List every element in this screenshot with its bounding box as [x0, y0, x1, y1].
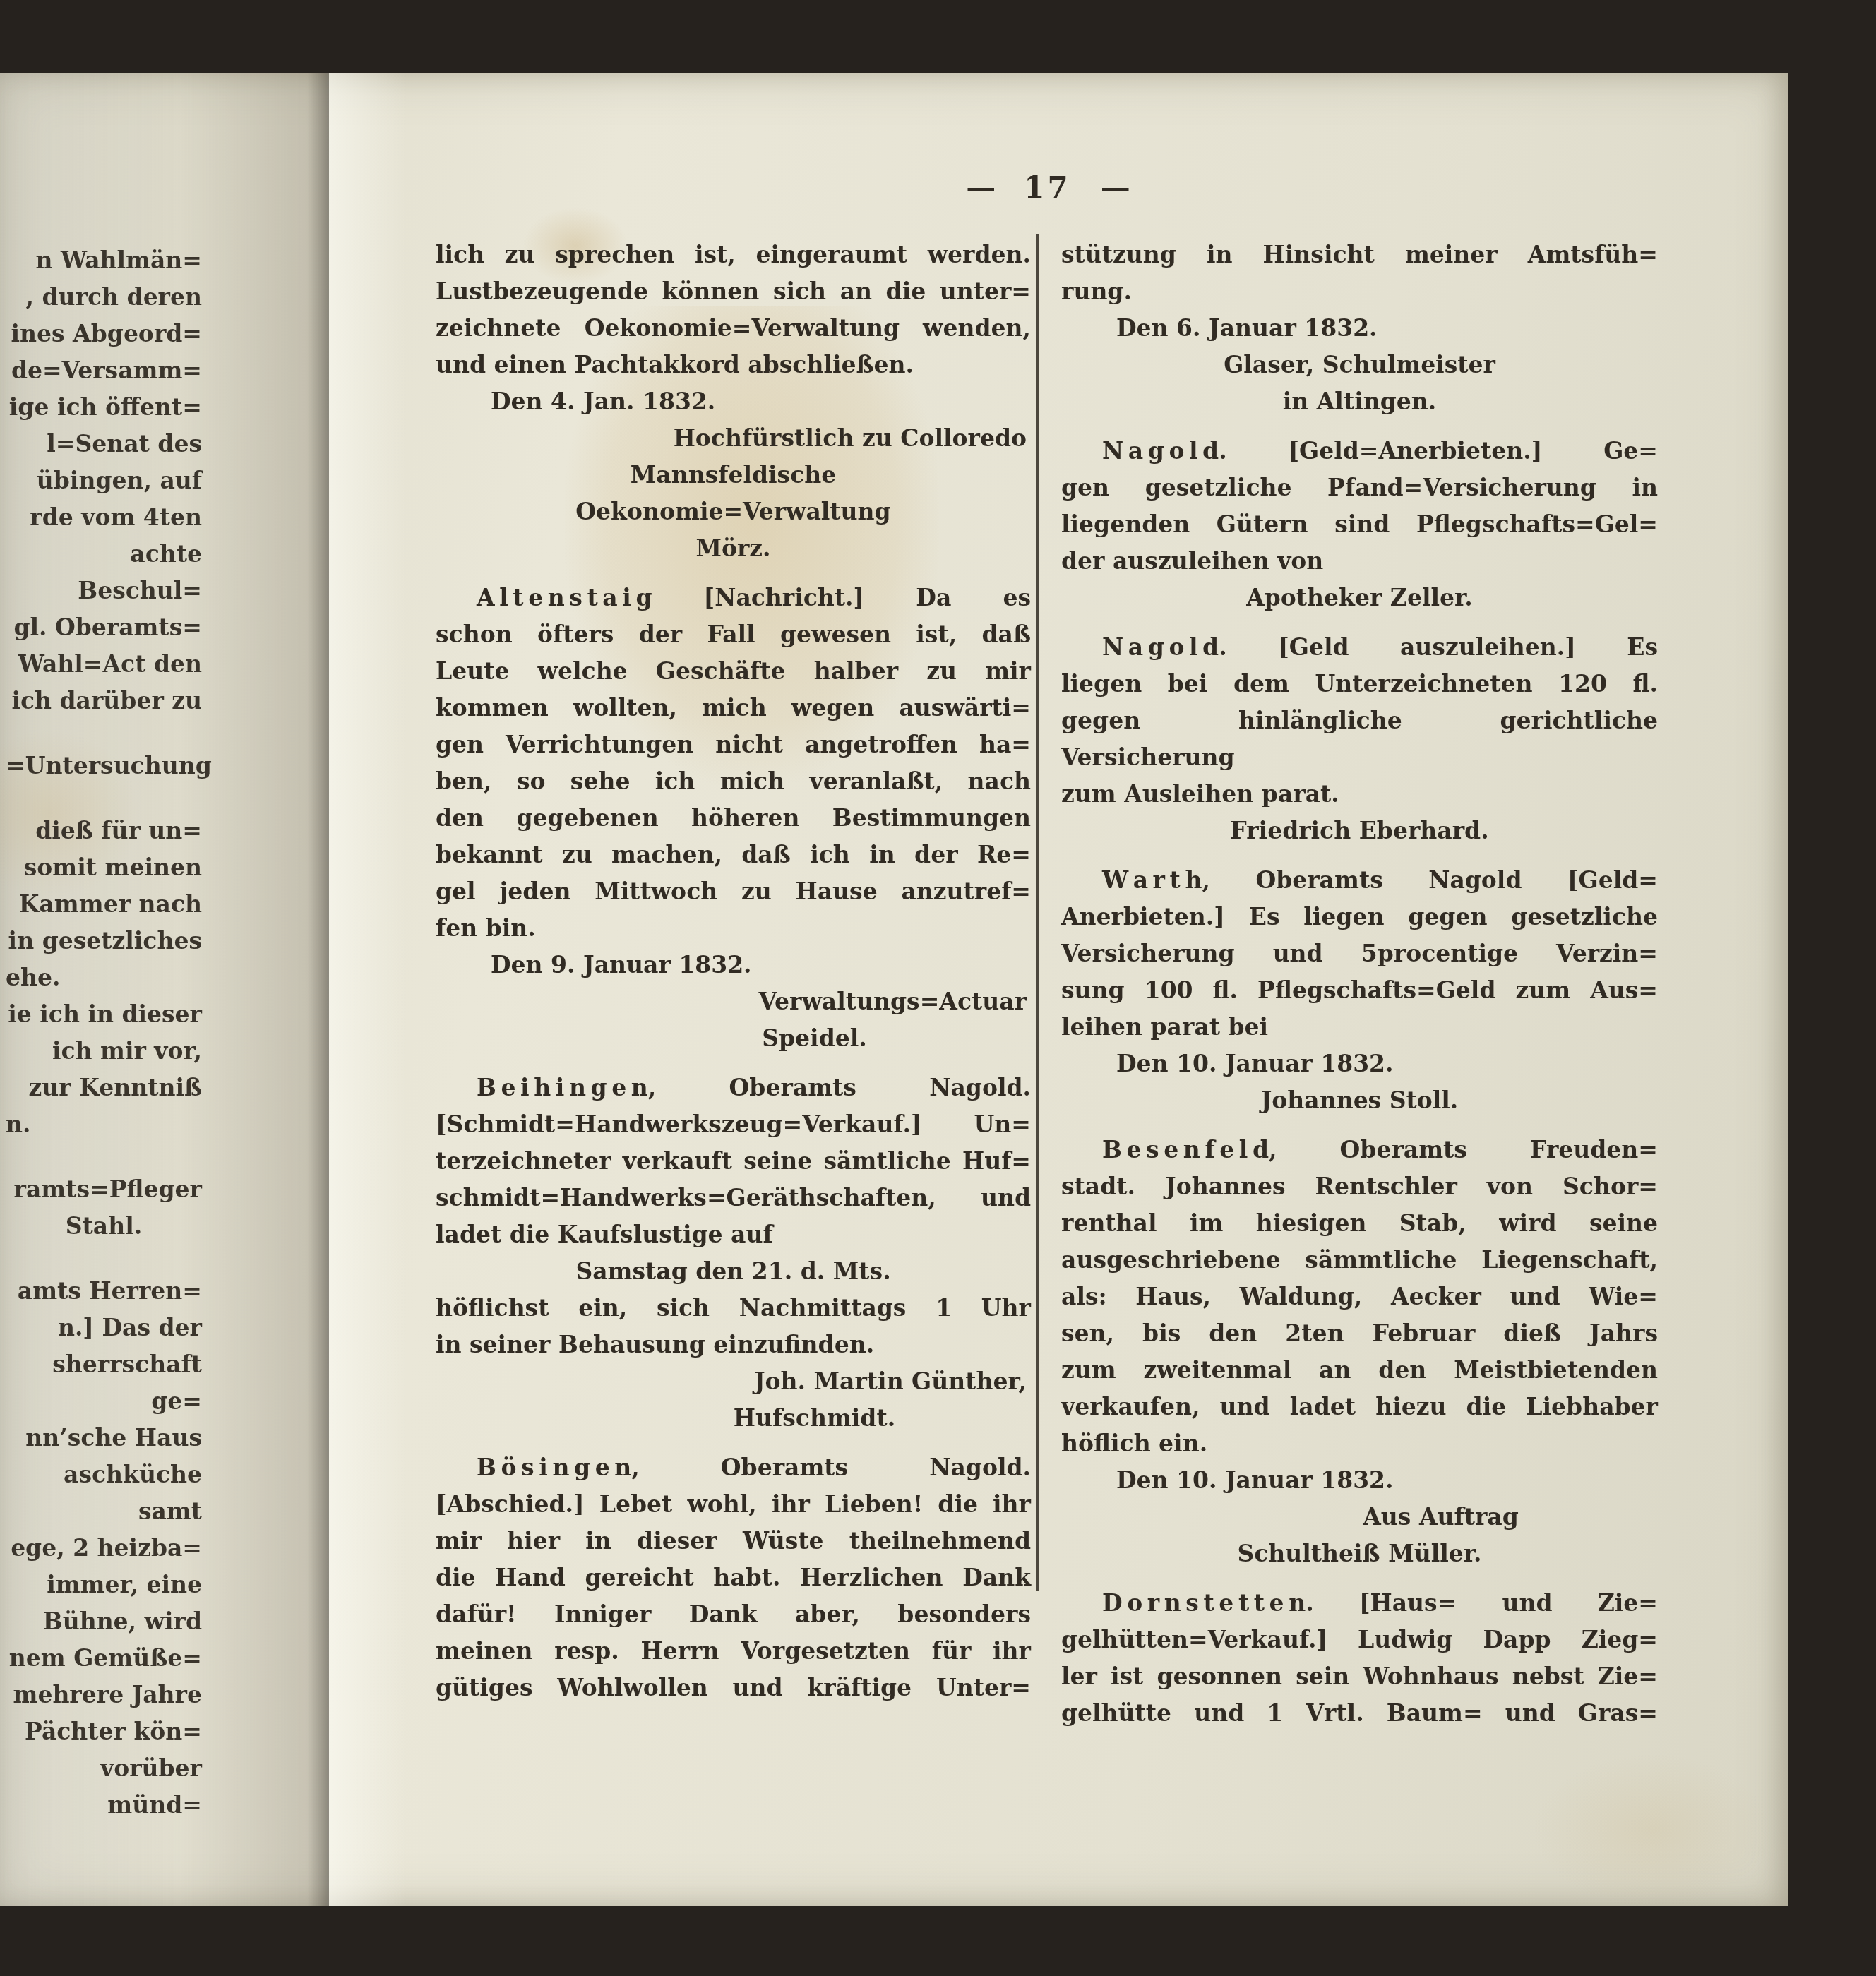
- page-number: 17: [1024, 170, 1070, 205]
- text-line: Joh. Martin Günther,: [436, 1363, 1031, 1400]
- text-line: Versicherung und 5procentige Verzin=: [1061, 935, 1658, 972]
- text-line: Johannes Stoll.: [1061, 1082, 1658, 1119]
- text-line: , durch deren: [6, 279, 202, 316]
- text-line: Pächter kön=: [6, 1713, 202, 1750]
- text-line: ausgeschriebene sämmtliche Liegenschaft,: [1061, 1242, 1658, 1279]
- text-line: ege, 2 heizba=: [6, 1530, 202, 1567]
- text-line: Apotheker Zeller.: [1061, 580, 1658, 616]
- text-line: Stahl.: [6, 1208, 202, 1245]
- text-line: fen bin.: [436, 910, 1031, 947]
- text-line: aschküche samt: [6, 1456, 202, 1530]
- text-line: immer, eine: [6, 1567, 202, 1603]
- page-header: —17—: [436, 170, 1659, 205]
- text-line: höflich ein.: [1061, 1425, 1658, 1462]
- text-line: A l t e n s t a i g [Nachricht.] Da es: [436, 580, 1031, 616]
- text-line: achte Beschul=: [6, 536, 202, 609]
- text-line: nem Gemüße=: [6, 1640, 202, 1677]
- gutter-fold: [329, 73, 407, 1906]
- text-line: ich darüber zu: [6, 683, 202, 719]
- text-line: liegenden Gütern sind Pflegschafts=Gel=: [1061, 506, 1658, 543]
- text-line: B e s e n f e l d, Oberamts Freuden=: [1061, 1132, 1658, 1168]
- text-line: Hufschmidt.: [436, 1400, 1031, 1437]
- text-line: Verwaltungs=Actuar: [436, 983, 1031, 1020]
- text-line: und einen Pachtakkord abschließen.: [436, 347, 1031, 383]
- text-line: sen, bis den 2ten Februar dieß Jahrs: [1061, 1315, 1658, 1352]
- text-line: nn’sche Haus: [6, 1420, 202, 1456]
- left-text-fragments: n Wahlmän=, durch derenines Abgeord=de=V…: [6, 242, 202, 1824]
- text-line: n Wahlmän=: [6, 242, 202, 279]
- text-line: Schultheiß Müller.: [1061, 1535, 1658, 1572]
- text-line: meinen resp. Herrn Vorgesetzten für ihr: [436, 1633, 1031, 1670]
- text-line: sung 100 fl. Pflegschafts=Geld zum Aus=: [1061, 972, 1658, 1009]
- text-line: terzeichneter verkauft seine sämtliche H…: [436, 1143, 1031, 1180]
- text-line: liegen bei dem Unterzeichneten 120 fl.: [1061, 666, 1658, 702]
- text-line: der auszuleihen von: [1061, 543, 1658, 580]
- text-line: n.: [6, 1106, 202, 1143]
- text-line: leihen parat bei: [1061, 1009, 1658, 1046]
- text-line: Samstag den 21. d. Mts.: [436, 1253, 1031, 1290]
- text-line: Hochfürstlich zu Colloredo: [436, 420, 1031, 457]
- text-line: Oekonomie=Verwaltung: [436, 493, 1031, 530]
- text-line: ramts=Pfleger: [6, 1171, 202, 1208]
- text-column-right: stützung in Hinsicht meiner Amtsfüh=rung…: [1061, 236, 1658, 1732]
- text-line: gegen hinlängliche gerichtliche Versiche…: [1061, 702, 1658, 776]
- text-line: N a g o l d. [Geld=Anerbieten.] Ge=: [1061, 433, 1658, 469]
- text-line: ladet die Kaufslustige auf: [436, 1216, 1031, 1253]
- text-line: D o r n s t e t t e n. [Haus= und Zie=: [1061, 1585, 1658, 1622]
- text-line: Speidel.: [436, 1020, 1031, 1057]
- text-line: dieß für un=: [6, 813, 202, 849]
- text-line: dafür! Inniger Dank aber, besonders: [436, 1596, 1031, 1633]
- text-line: als: Haus, Waldung, Aecker und Wie=: [1061, 1279, 1658, 1315]
- text-line: gen Verrichtungen nicht angetroffen ha=: [436, 726, 1031, 763]
- text-line: [Abschied.] Lebet wohl, ihr Lieben! die …: [436, 1486, 1031, 1523]
- text-line: gelhütte und 1 Vrtl. Baum= und Gras=: [1061, 1695, 1658, 1732]
- text-line: gel jeden Mittwoch zu Hause anzutref=: [436, 873, 1031, 910]
- text-line: W a r t h, Oberamts Nagold [Geld=: [1061, 862, 1658, 899]
- text-line: mir hier in dieser Wüste theilnehmend: [436, 1523, 1031, 1559]
- text-line: de=Versamm=: [6, 352, 202, 389]
- text-column-left: lich zu sprechen ist, eingeraumt werden.…: [436, 236, 1031, 1706]
- text-line: schmidt=Handwerks=Geräthschaften, und: [436, 1180, 1031, 1216]
- text-line: ige ich öffent=: [6, 389, 202, 426]
- text-line: n.] Das der: [6, 1310, 202, 1346]
- scanned-page: —17— n Wahlmän=, durch derenines Abgeord…: [0, 73, 1788, 1906]
- text-line: in gesetzliches: [6, 923, 202, 959]
- text-line: ben, so sehe ich mich veranlaßt, nach: [436, 763, 1031, 800]
- text-line: übingen, auf: [6, 462, 202, 499]
- text-line: ehe.: [6, 959, 202, 996]
- text-line: stadt. Johannes Rentschler von Schor=: [1061, 1168, 1658, 1205]
- text-line: sherrschaft ge=: [6, 1346, 202, 1420]
- text-line: Den 4. Jan. 1832.: [436, 383, 1031, 420]
- text-line: den gegebenen höheren Bestimmungen: [436, 800, 1031, 837]
- text-line: amts Herren=: [6, 1273, 202, 1310]
- text-line: Friedrich Eberhard.: [1061, 813, 1658, 849]
- text-line: Mörz.: [436, 530, 1031, 567]
- text-line: lich zu sprechen ist, eingeraumt werden.: [436, 236, 1031, 273]
- text-line: somit meinen: [6, 849, 202, 886]
- text-line: Wahl=Act den: [6, 646, 202, 683]
- text-line: Den 10. Januar 1832.: [1061, 1046, 1658, 1082]
- text-line: renthal im hiesigen Stab, wird seine: [1061, 1205, 1658, 1242]
- text-line: zur Kenntniß: [6, 1070, 202, 1106]
- text-line: Leute welche Geschäfte halber zu mir: [436, 653, 1031, 690]
- text-line: schon öfters der Fall gewesen ist, daß: [436, 616, 1031, 653]
- text-line: zum Ausleihen parat.: [1061, 776, 1658, 813]
- text-line: zeichnete Oekonomie=Verwaltung wenden,: [436, 310, 1031, 347]
- text-line: Anerbieten.] Es liegen gegen gesetzliche: [1061, 899, 1658, 935]
- text-line: höflichst ein, sich Nachmittags 1 Uhr: [436, 1290, 1031, 1327]
- text-line: gl. Oberamts=: [6, 609, 202, 646]
- text-line: gen gesetzliche Pfand=Versicherung in: [1061, 469, 1658, 506]
- text-line: Glaser, Schulmeister: [1061, 347, 1658, 383]
- text-line: rung.: [1061, 273, 1658, 310]
- text-line: Aus Auftrag: [1061, 1499, 1658, 1535]
- text-line: die Hand gereicht habt. Herzlichen Dank: [436, 1559, 1031, 1596]
- text-line: ler ist gesonnen sein Wohnhaus nebst Zie…: [1061, 1658, 1658, 1695]
- text-line: mehrere Jahre: [6, 1677, 202, 1713]
- text-line: zum zweitenmal an den Meistbietenden: [1061, 1352, 1658, 1389]
- text-line: [Schmidt=Handwerkszeug=Verkauf.] Un=: [436, 1106, 1031, 1143]
- text-line: rde vom 4ten: [6, 499, 202, 536]
- text-line: gelhütten=Verkauf.] Ludwig Dapp Zieg=: [1061, 1622, 1658, 1658]
- text-line: kommen wollten, mich wegen auswärti=: [436, 690, 1031, 726]
- text-line: vorüber münd=: [6, 1750, 202, 1824]
- text-line: verkaufen, und ladet hiezu die Liebhaber: [1061, 1389, 1658, 1425]
- text-line: Lustbezeugende können sich an die unter=: [436, 273, 1031, 310]
- paper-stain: [1532, 1753, 1772, 1908]
- header-rule-left: —: [966, 170, 994, 205]
- header-rule-right: —: [1101, 170, 1129, 205]
- text-line: Bühne, wird: [6, 1603, 202, 1640]
- text-line: gütiges Wohlwollen und kräftige Unter=: [436, 1670, 1031, 1706]
- text-line: in seiner Behausung einzufinden.: [436, 1327, 1031, 1363]
- column-divider: [1036, 234, 1039, 1591]
- text-line: B e i h i n g e n, Oberamts Nagold.: [436, 1070, 1031, 1106]
- text-line: ich mir vor,: [6, 1033, 202, 1070]
- text-line: =Untersuchung: [6, 748, 202, 784]
- text-line: in Altingen.: [1061, 383, 1658, 420]
- text-line: B ö s i n g e n, Oberamts Nagold.: [436, 1449, 1031, 1486]
- text-line: l=Senat des: [6, 426, 202, 462]
- text-line: Mannsfeldische: [436, 457, 1031, 493]
- text-line: Kammer nach: [6, 886, 202, 923]
- text-line: ie ich in dieser: [6, 996, 202, 1033]
- text-line: N a g o l d. [Geld auszuleihen.] Es: [1061, 629, 1658, 666]
- text-line: Den 6. Januar 1832.: [1061, 310, 1658, 347]
- text-line: bekannt zu machen, daß ich in der Re=: [436, 837, 1031, 873]
- text-line: Den 10. Januar 1832.: [1061, 1462, 1658, 1499]
- text-line: Den 9. Januar 1832.: [436, 947, 1031, 983]
- text-line: stützung in Hinsicht meiner Amtsfüh=: [1061, 236, 1658, 273]
- text-line: ines Abgeord=: [6, 316, 202, 352]
- scan-background: —17— n Wahlmän=, durch derenines Abgeord…: [0, 0, 1876, 1976]
